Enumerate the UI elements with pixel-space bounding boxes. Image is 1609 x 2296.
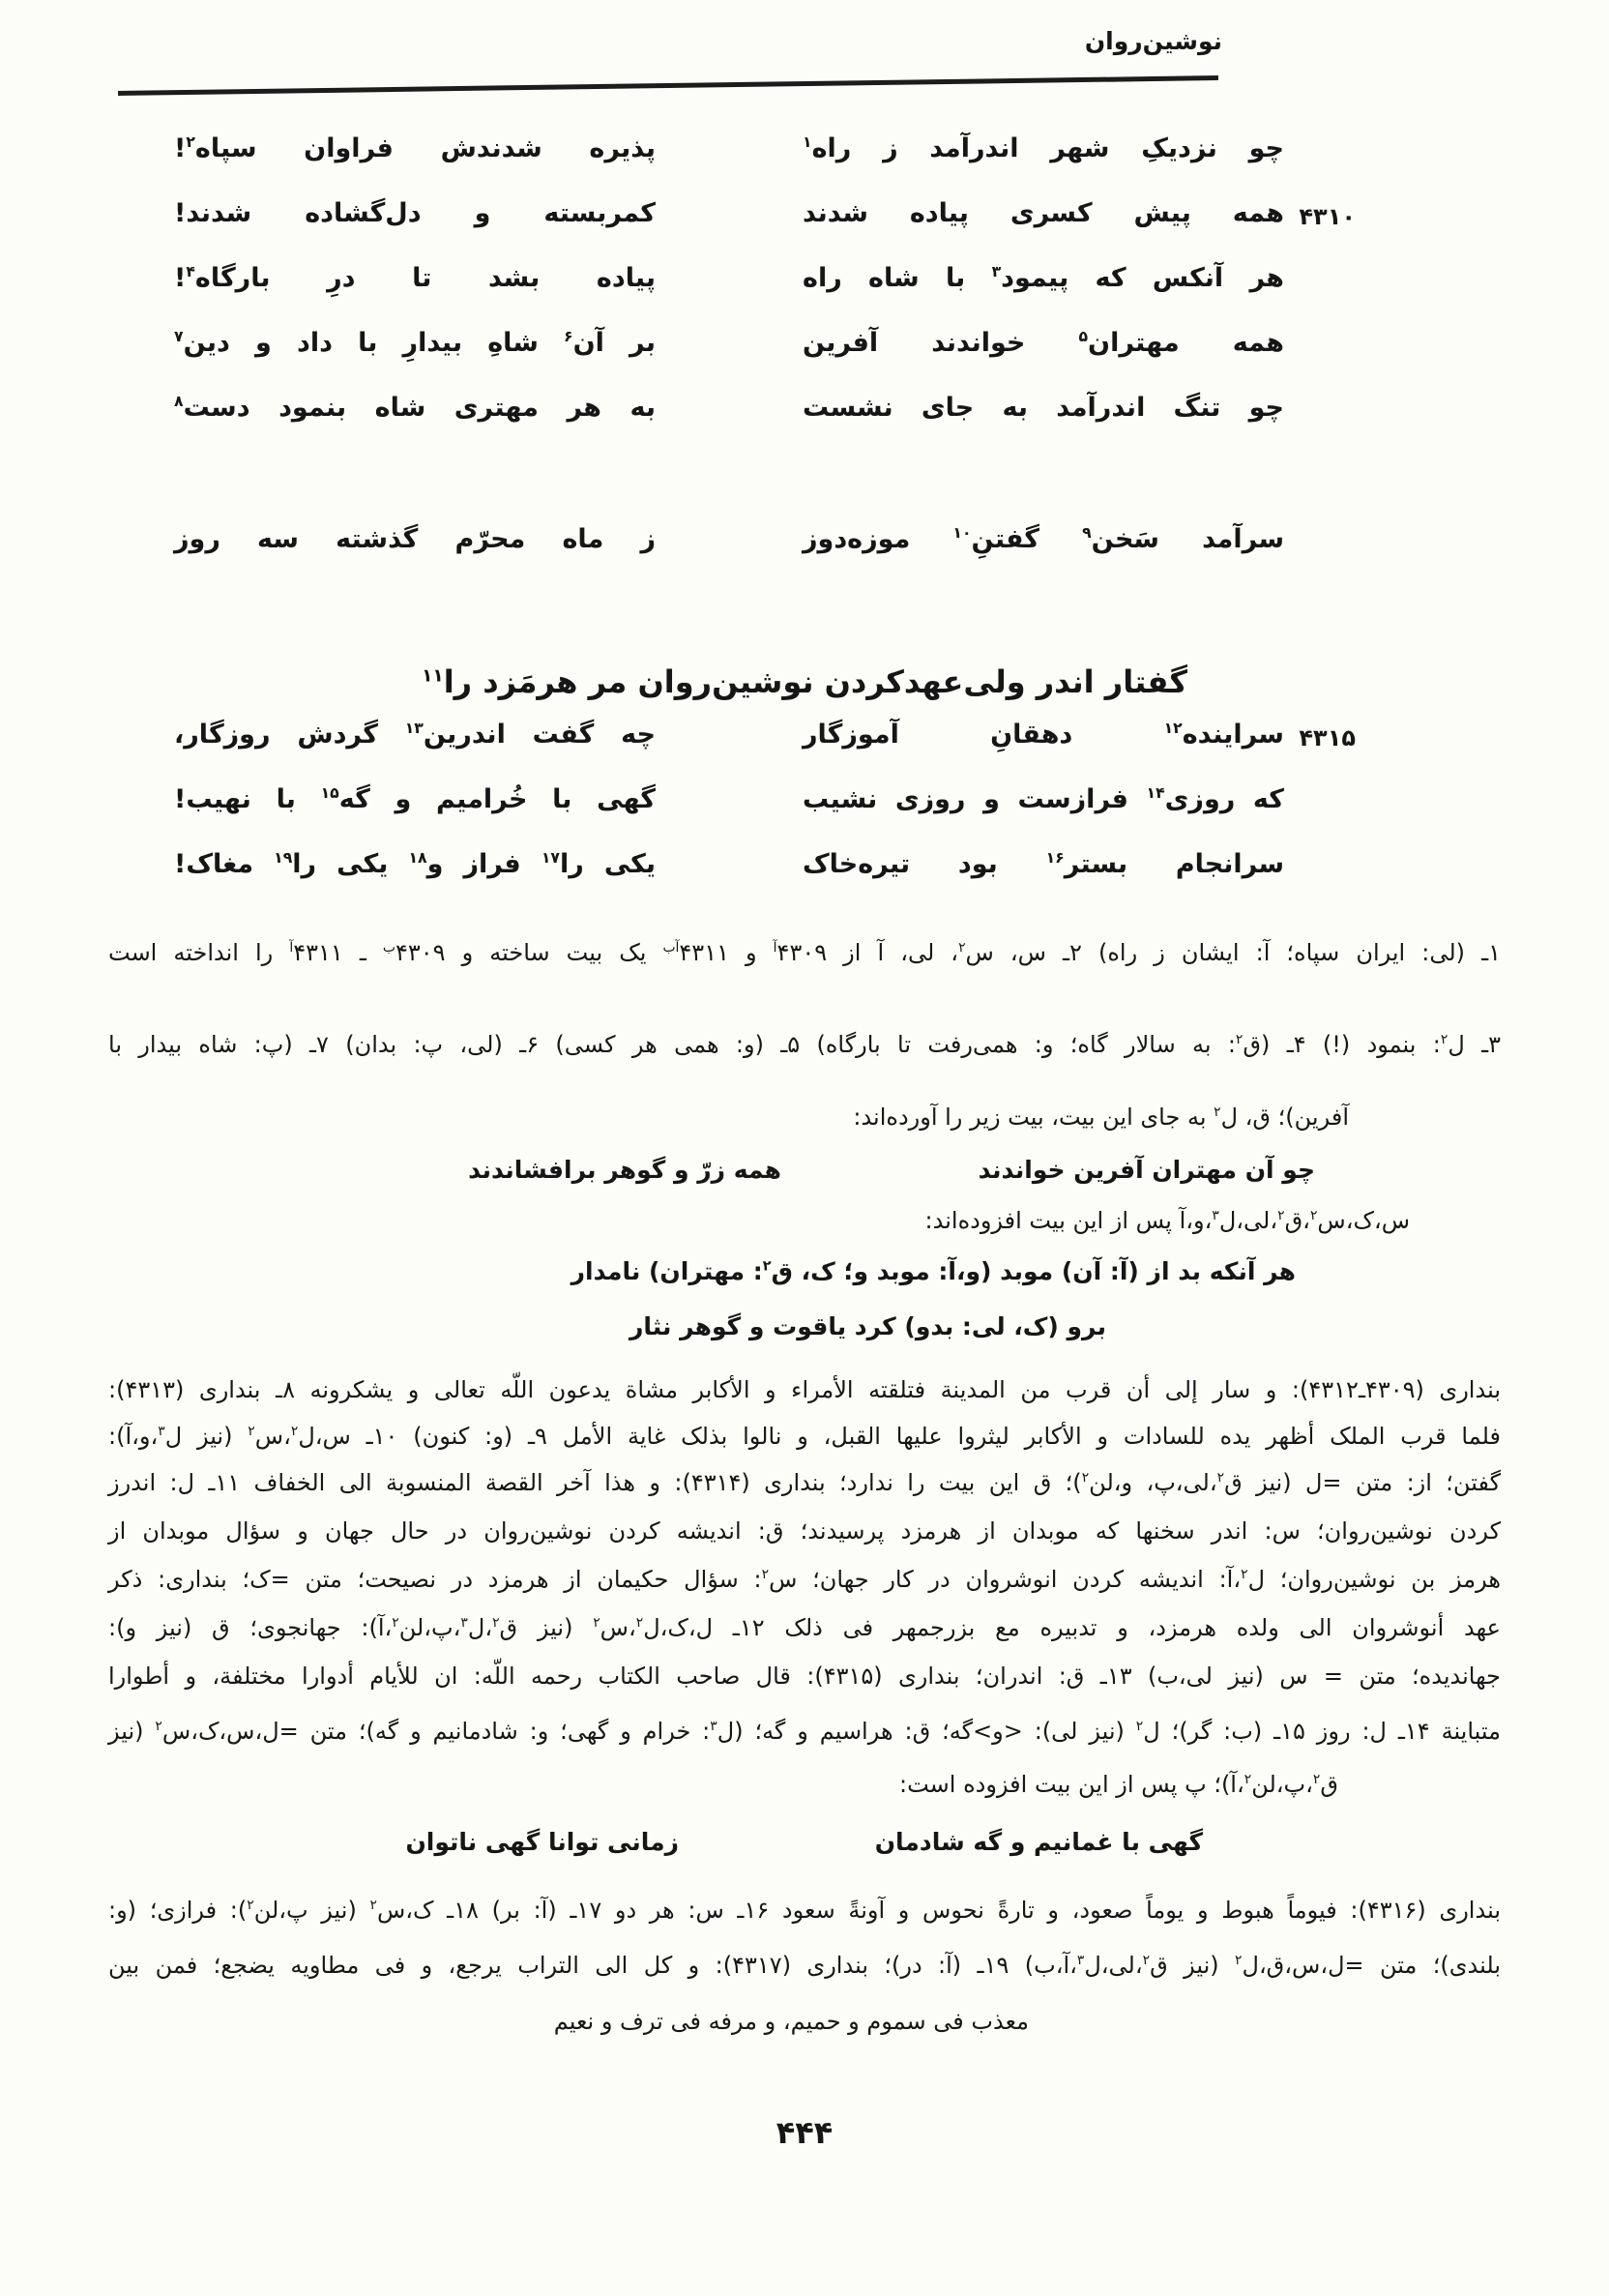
footnote-paragraph: فلما قرب الملک أظهر یده للسادات و الأکاب… (108, 1420, 1501, 1453)
verse-number (1284, 849, 1356, 854)
hemistich-right: سرانجام بستر۱۶ بود تیره‌خاک (803, 849, 1284, 879)
footnote-paragraph: جهاندیده؛ متن = س (نیز لی،ب) ۱۳ـ ق: اندر… (108, 1660, 1501, 1693)
verse-line: همه مهتران۵ خواندند آفرین بر آن۶ شاهِ بی… (166, 328, 1356, 393)
hemistich-left: چه گفت اندرین۱۳ گردش روزگار، (174, 720, 656, 750)
verse-line: هر آنکس که پیمود۳ با شاه راه پیاده بشد ت… (166, 263, 1356, 328)
footnote-paragraph: بلندی)؛ متن =ل،س،ق،ل۲ (نیز ق۲،لی،ل۳،آ،ب)… (108, 1949, 1501, 1982)
hemistich-right: که روزی۱۴ فرازست و روزی نشیب (803, 784, 1284, 814)
hemistich-left: بر آن۶ شاهِ بیدارِ با داد و دین۷ (174, 328, 656, 358)
verse-line-closing: سرآمد سَخن۹ گفتنِ۱۰ موزه‌دوز ز ماه محرّم… (166, 524, 1356, 589)
verse-block-1: چو نزدیکِ شهر اندرآمد ز راه۱ پذیره شدندش… (166, 133, 1356, 589)
hemistich-left: کمربسته و دل‌گشاده شدند! (174, 198, 656, 228)
hemistich-left: پیاده بشد تا درِ بارگاه۴! (174, 263, 656, 293)
hemistich-right: همه مهتران۵ خواندند آفرین (803, 328, 1284, 358)
footnote-paragraph: ۱ـ (لی: ایران سپاه؛ آ: ایشان ز راه) ۲ـ س… (108, 936, 1501, 969)
footnote-verse-hemistich-left: همه زرّ و گوهر برافشاندند (468, 1154, 781, 1187)
hemistich-left: گهی با خُرامیم و گه۱۵ با نهیب! (174, 784, 656, 814)
verse-number (1284, 784, 1356, 789)
hemistich-right: چو نزدیکِ شهر اندرآمد ز راه۱ (803, 133, 1284, 163)
footnote-paragraph: هرمز بن نوشین‌روان؛ ل۲،آ: اندیشه کردن ان… (108, 1563, 1501, 1596)
verse-line: سرانجام بستر۱۶ بود تیره‌خاک یکی را۱۷ فرا… (166, 849, 1356, 914)
verse-number: ۴۳۱۵ (1284, 720, 1356, 751)
footnote-line: معذب فی سموم و حمیم، و مرفه فی ترف و نعی… (554, 2005, 1029, 2038)
verse-number (1284, 133, 1356, 138)
hemistich-right: هر آنکس که پیمود۳ با شاه راه (803, 263, 1284, 293)
hemistich-left: پذیره شدندش فراوان سپاه۲! (174, 133, 656, 163)
hemistich-right: سراینده۱۲ دهقانِ آموزگار (803, 720, 1284, 750)
footnote-verse-line: برو (ک، لی: بدو) کرد یاقوت و گوهر نثار (629, 1310, 1106, 1343)
footnote-paragraph: گفتن؛ از: متن =ل (نیز ق۲،لی،پ، و،لن۲)؛ ق… (108, 1466, 1501, 1499)
section-heading: گفتار اندر ولی‌عهدکردن نوشین‌روان مر هرم… (0, 663, 1609, 700)
hemistich-right: همه پیش کسری پیاده شدند (803, 198, 1284, 228)
verse-block-2: ۴۳۱۵ سراینده۱۲ دهقانِ آموزگار چه گفت اند… (166, 720, 1356, 914)
footnote-paragraph: بنداری (۴۳۱۶): فیوماً هبوط و یوماً صعود،… (108, 1894, 1501, 1927)
running-head: نوشین‌روان (1085, 27, 1222, 55)
hemistich-right: چو تنگ اندرآمد به جای نشست (803, 393, 1284, 423)
footnote-verse-hemistich-right: چو آن مهتران آفرین خواندند (979, 1154, 1315, 1187)
footnote-line: س،ک،س۲،ق۲،لی،ل۳،و،آ پس از این بیت افزوده… (925, 1204, 1410, 1237)
hemistich-left: ز ماه محرّم گذشته سه روز (174, 524, 656, 554)
verse-line: ۴۳۱۰ همه پیش کسری پیاده شدند کمربسته و د… (166, 198, 1356, 263)
verse-number (1284, 393, 1356, 397)
header-rule (118, 75, 1218, 96)
footnote-verse-hemistich-left: زمانی توانا گهی ناتوان (405, 1826, 679, 1859)
verse-number (1284, 263, 1356, 268)
verse-number (1284, 328, 1356, 333)
verse-number: ۴۳۱۰ (1284, 198, 1356, 230)
hemistich-left: یکی را۱۷ فراز و۱۸ یکی را۱۹ مغاک! (174, 849, 656, 879)
verse-number (1284, 524, 1356, 529)
footnote-paragraph: متباینة ۱۴ـ ل: روز ۱۵ـ (ب: گر)؛ ل۲ (نیز … (108, 1715, 1501, 1748)
footnote-paragraph: عهد أنوشروان الی ولده هرمزد، و تدبیره مع… (108, 1611, 1501, 1644)
verse-line: که روزی۱۴ فرازست و روزی نشیب گهی با خُرا… (166, 784, 1356, 849)
hemistich-left: به هر مهتری شاه بنمود دست۸ (174, 393, 656, 423)
verse-line: ۴۳۱۵ سراینده۱۲ دهقانِ آموزگار چه گفت اند… (166, 720, 1356, 784)
verse-line: چو نزدیکِ شهر اندرآمد ز راه۱ پذیره شدندش… (166, 133, 1356, 198)
scanned-book-page: نوشین‌روان چو نزدیکِ شهر اندرآمد ز راه۱ … (0, 0, 1609, 2296)
footnote-paragraph: بنداری (۴۳۰۹ـ۴۳۱۲): و سار إلی أن قرب من … (108, 1373, 1501, 1406)
verse-line: چو تنگ اندرآمد به جای نشست به هر مهتری ش… (166, 393, 1356, 457)
footnote-paragraph: ۳ـ ل۲: بنمود (!) ۴ـ (ق۲: به سالار گاه؛ و… (108, 1028, 1501, 1061)
footnote-verse-hemistich-right: گهی با غمانیم و گه شادمان (875, 1826, 1203, 1859)
footnote-paragraph: کردن نوشین‌روان؛ س: اندر سخنها که موبدان… (108, 1515, 1501, 1547)
footnote-verse-line: هر آنکه بد از (آ: آن) موبد (و،آ: موبد و؛… (571, 1255, 1296, 1288)
footnote-line: آفرین)؛ ق، ل۲ به جای این بیت، بیت زیر را… (853, 1101, 1349, 1133)
page-number: ۴۴۴ (0, 2114, 1609, 2151)
hemistich-right: سرآمد سَخن۹ گفتنِ۱۰ موزه‌دوز (803, 524, 1284, 554)
footnote-line: ق۲،پ،لن۲،آ)؛ پ پس از این بیت افزوده است: (899, 1768, 1338, 1801)
